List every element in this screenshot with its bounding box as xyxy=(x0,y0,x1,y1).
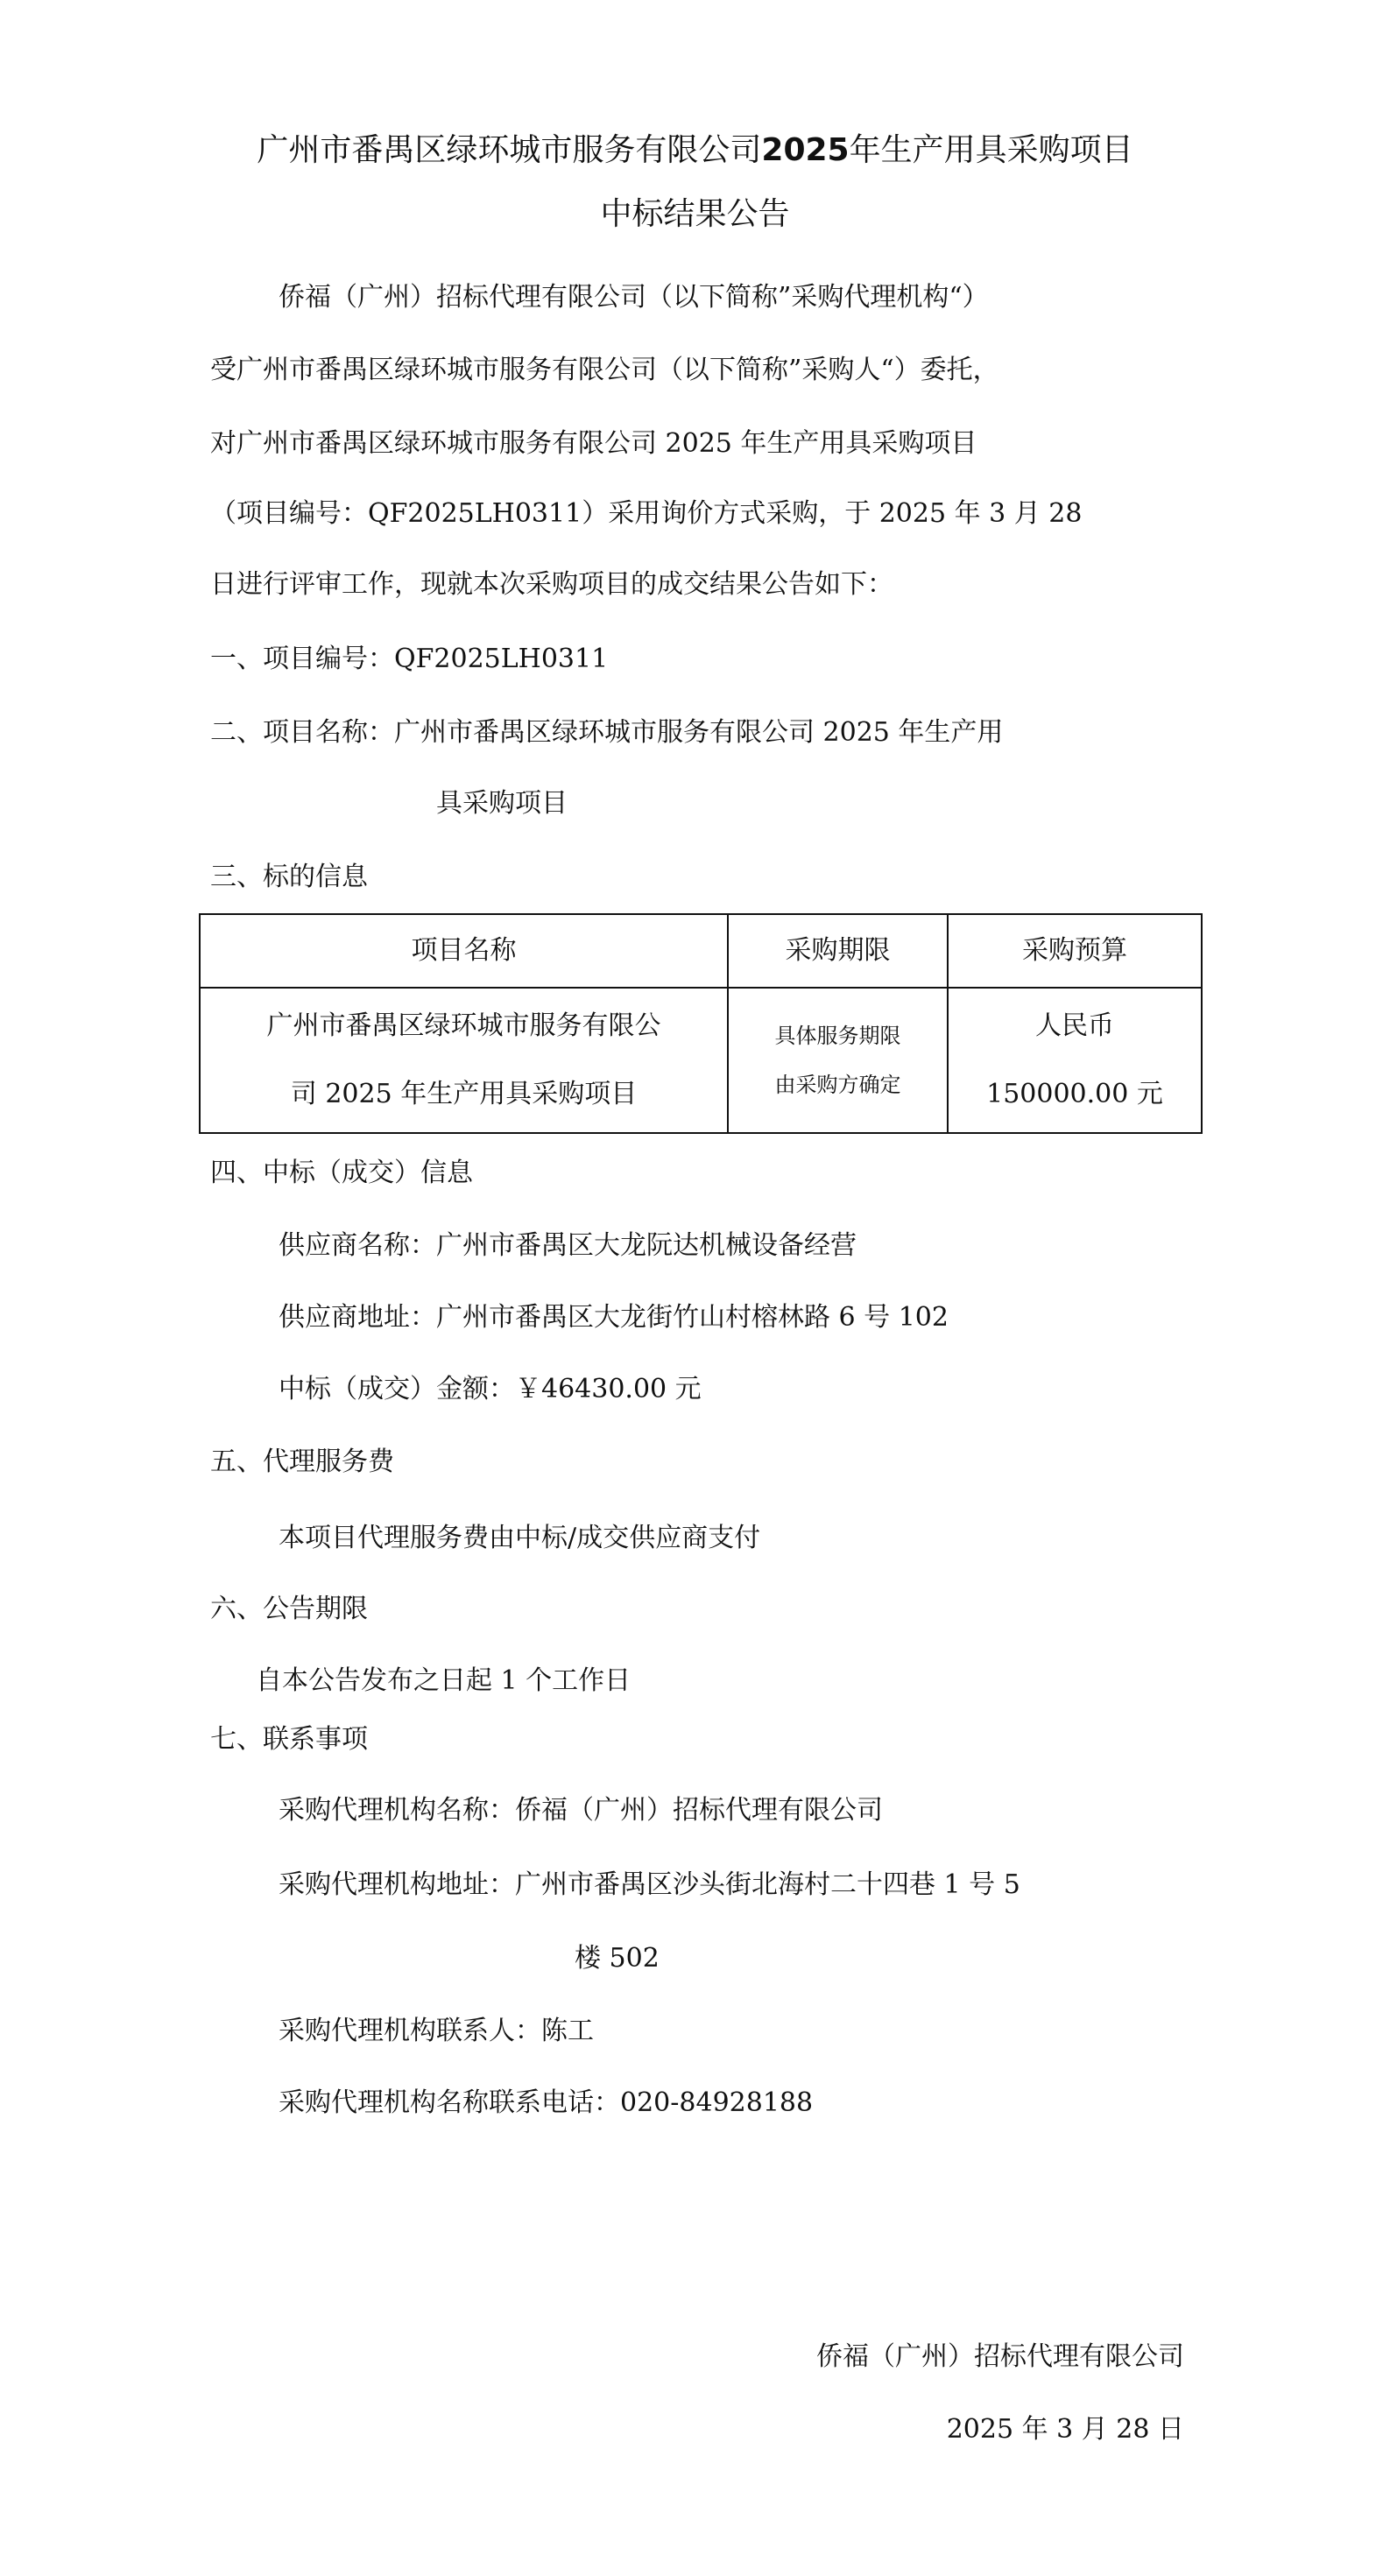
intro-line-1: 侨福（广州）招标代理有限公司（以下简称”采购代理机构“） xyxy=(279,280,989,315)
agency-address: 采购代理机构地址：广州市番禺区沙头街北海村二十四巷 1 号 5 xyxy=(279,1868,1020,1903)
document-title-line1: 广州市番禺区绿环城市服务有限公司2025年生产用具采购项目 xyxy=(0,130,1390,172)
document-title-line2: 中标结果公告 xyxy=(0,194,1390,236)
intro-line-5: 日进行评审工作，现就本次采购项目的成交结果公告如下： xyxy=(210,567,893,602)
header-period: 采购期限 xyxy=(728,914,948,988)
header-project-name: 项目名称 xyxy=(200,914,728,988)
section-4-heading: 四、中标（成交）信息 xyxy=(210,1156,473,1191)
table-header-row: 项目名称 采购期限 采购预算 xyxy=(200,914,1202,988)
section-5-heading: 五、代理服务费 xyxy=(210,1445,394,1480)
intro-line-3: 对广州市番禺区绿环城市服务有限公司 2025 年生产用具采购项目 xyxy=(210,426,977,461)
section-3-heading: 三、标的信息 xyxy=(210,860,368,895)
section-2-project-name-cont: 具采购项目 xyxy=(436,786,568,821)
title-year: 2025 xyxy=(761,132,849,168)
cell-project-name: 广州市番禺区绿环城市服务有限公 司 2025 年生产用具采购项目 xyxy=(200,988,728,1133)
cell-budget: 人民币 150000.00 元 xyxy=(948,988,1202,1133)
section-1-project-number: 一、项目编号：QF2025LH0311 xyxy=(210,642,608,677)
title-text-post: 年生产用具采购项目 xyxy=(850,132,1133,168)
title-text: 广州市番禺区绿环城市服务有限公司 xyxy=(257,132,761,168)
cell-budget-line2: 150000.00 元 xyxy=(949,1060,1201,1129)
supplier-address: 供应商地址：广州市番禺区大龙街竹山村榕林路 6 号 102 xyxy=(279,1300,949,1335)
intro-line-4: （项目编号：QF2025LH0311）采用询价方式采购，于 2025 年 3 月… xyxy=(210,496,1082,531)
section-6-heading: 六、公告期限 xyxy=(210,1592,368,1627)
section-7-heading: 七、联系事项 xyxy=(210,1722,368,1757)
notice-period-text: 自本公告发布之日起 1 个工作日 xyxy=(256,1664,631,1699)
cell-budget-line1: 人民币 xyxy=(949,992,1201,1060)
cell-period-line1: 具体服务期限 xyxy=(729,1011,947,1060)
cell-project-name-line1: 广州市番禺区绿环城市服务有限公 xyxy=(201,992,727,1060)
section-2-project-name: 二、项目名称：广州市番禺区绿环城市服务有限公司 2025 年生产用 xyxy=(210,715,1003,750)
signature-date: 2025 年 3 月 28 日 xyxy=(947,2412,1184,2447)
agency-phone: 采购代理机构名称联系电话：020-84928188 xyxy=(279,2086,813,2121)
supplier-name: 供应商名称：广州市番禺区大龙阮达机械设备经营 xyxy=(279,1228,857,1263)
agency-address-cont: 楼 502 xyxy=(575,1941,660,1976)
winning-amount: 中标（成交）金额：￥46430.00 元 xyxy=(279,1372,702,1407)
agency-fee-text: 本项目代理服务费由中标/成交供应商支付 xyxy=(279,1521,760,1556)
agency-contact: 采购代理机构联系人：陈工 xyxy=(279,2014,594,2049)
cell-project-name-line2: 司 2025 年生产用具采购项目 xyxy=(201,1060,727,1129)
header-budget: 采购预算 xyxy=(948,914,1202,988)
cell-period: 具体服务期限 由采购方确定 xyxy=(728,988,948,1133)
intro-line-2: 受广州市番禺区绿环城市服务有限公司（以下简称”采购人“）委托， xyxy=(210,353,999,388)
cell-period-line2: 由采购方确定 xyxy=(729,1060,947,1109)
table-row: 广州市番禺区绿环城市服务有限公 司 2025 年生产用具采购项目 具体服务期限 … xyxy=(200,988,1202,1133)
bid-info-table: 项目名称 采购期限 采购预算 广州市番禺区绿环城市服务有限公 司 2025 年生… xyxy=(199,913,1203,1134)
agency-name: 采购代理机构名称：侨福（广州）招标代理有限公司 xyxy=(279,1793,883,1828)
signature-company: 侨福（广州）招标代理有限公司 xyxy=(816,2340,1184,2375)
